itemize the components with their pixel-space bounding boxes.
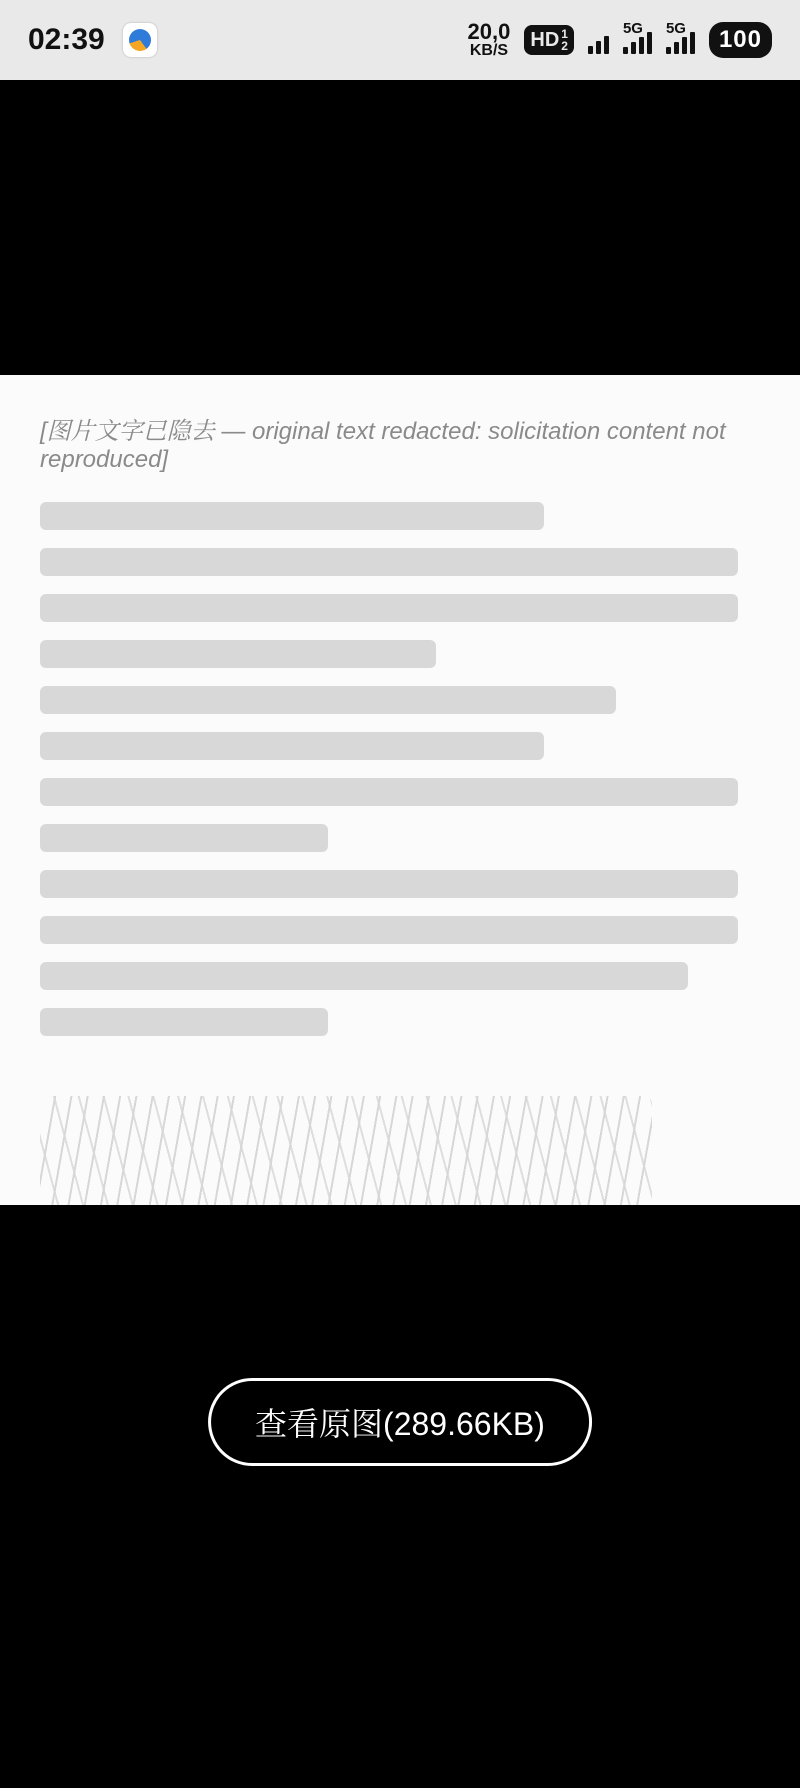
redacted-text-line: [40, 824, 328, 852]
handwritten-scribble-region: [40, 1096, 652, 1205]
letterbox-bottom: [0, 1205, 800, 1788]
hd-volte-icon: HD 12: [524, 25, 574, 55]
app-notification-icon: [123, 23, 157, 57]
clock: 02:39: [28, 23, 105, 57]
view-original-image-button[interactable]: 查看原图(289.66KB): [208, 1378, 592, 1466]
redacted-text-line: [40, 548, 738, 576]
network-speed-indicator: 20,0 KB/S: [468, 21, 511, 59]
letterbox-top: [0, 80, 800, 375]
redacted-text-line: [40, 502, 544, 530]
status-bar: 02:39 20,0 KB/S HD 12 5G 5G 100: [0, 0, 800, 80]
redacted-text-line: [40, 594, 738, 622]
redacted-text-line: [40, 640, 436, 668]
redacted-text-line: [40, 686, 616, 714]
redacted-text-line: [40, 916, 738, 944]
signal-bars-sim2-icon: 5G: [666, 26, 695, 54]
wifi-icon: [588, 26, 609, 54]
redacted-text-line: [40, 732, 544, 760]
redacted-text-line: [40, 778, 738, 806]
battery-indicator: 100: [709, 22, 772, 58]
signal-bars-sim1-icon: 5G: [623, 26, 652, 54]
phone-screen: 02:39 20,0 KB/S HD 12 5G 5G 100: [0, 0, 800, 1788]
redaction-notice: [图片文字已隐去 — original text redacted: solic…: [40, 411, 760, 474]
chat-image-content: [图片文字已隐去 — original text redacted: solic…: [0, 375, 800, 1205]
redacted-text-line: [40, 870, 738, 898]
redacted-text-line: [40, 1008, 328, 1036]
redacted-text-line: [40, 962, 688, 990]
